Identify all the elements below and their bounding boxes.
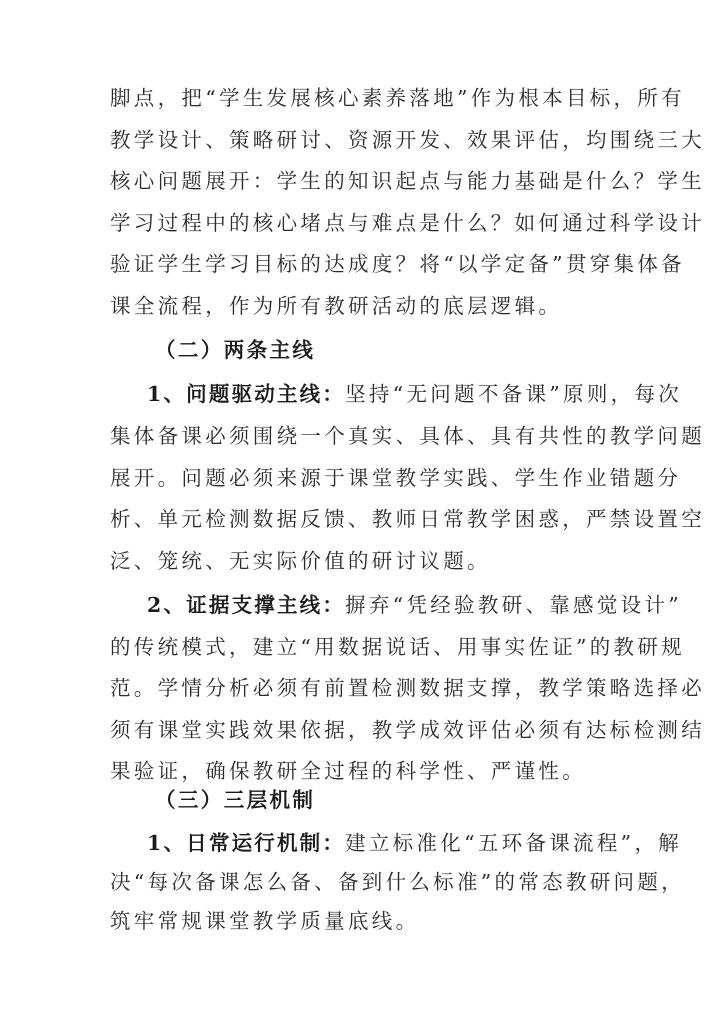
item-label: 1、日常运行机制： bbox=[147, 831, 345, 855]
paragraph-line: 泛、笼统、无实际价值的研讨议题。 bbox=[110, 546, 491, 576]
section-heading-three-mechanisms: （三）三层机制 bbox=[155, 785, 315, 815]
paragraph-line: 验证学生学习目标的达成度？将“以学定备”贯穿集体备 bbox=[110, 249, 685, 279]
paragraph-line: 课全流程，作为所有教研活动的底层逻辑。 bbox=[110, 291, 562, 321]
paragraph-line: 筑牢常规课堂教学质量底线。 bbox=[110, 906, 419, 936]
item-text: 建立标准化“五环备课流程”，解 bbox=[345, 831, 682, 855]
paragraph-line: 须有课堂实践效果依据，教学成效评估必须有达标检测结 bbox=[110, 715, 705, 745]
paragraph-line: 的传统模式，建立“用数据说话、用事实佐证”的教研规 bbox=[110, 632, 685, 662]
paragraph-line: 果验证，确保教研全过程的科学性、严谨性。 bbox=[110, 756, 586, 786]
section-heading-two-mainlines: （二）两条主线 bbox=[155, 335, 315, 365]
paragraph-line: 决“每次备课怎么备、备到什么标准”的常态教研问题， bbox=[110, 867, 685, 897]
paragraph-line: 集体备课必须围绕一个真实、具体、具有共性的教学问题 bbox=[110, 421, 705, 451]
paragraph-line: 核心问题展开：学生的知识起点与能力基础是什么？学生 bbox=[110, 166, 705, 196]
paragraph-line: 析、单元检测数据反馈、教师日常教学困惑，严禁设置空 bbox=[110, 504, 705, 534]
item-text: 摒弃“凭经验教研、靠感觉设计” bbox=[345, 593, 682, 617]
paragraph-line: 学习过程中的核心堵点与难点是什么？如何通过科学设计 bbox=[110, 208, 705, 238]
item-text: 坚持“无问题不备课”原则，每次 bbox=[345, 382, 682, 406]
item-problem-driven: 1、问题驱动主线：坚持“无问题不备课”原则，每次 bbox=[147, 379, 682, 409]
item-evidence-support: 2、证据支撑主线：摒弃“凭经验教研、靠感觉设计” bbox=[147, 590, 682, 620]
item-label: 2、证据支撑主线： bbox=[147, 593, 345, 617]
item-daily-operation: 1、日常运行机制：建立标准化“五环备课流程”，解 bbox=[147, 828, 682, 858]
paragraph-line: 范。学情分析必须有前置检测数据支撑，教学策略选择必 bbox=[110, 673, 705, 703]
paragraph-line: 教学设计、策略研讨、资源开发、效果评估，均围绕三大 bbox=[110, 125, 705, 155]
paragraph-line: 脚点，把“学生发展核心素养落地”作为根本目标，所有 bbox=[110, 83, 685, 113]
paragraph-line: 展开。问题必须来源于课堂教学实践、学生作业错题分 bbox=[110, 463, 681, 493]
item-label: 1、问题驱动主线： bbox=[147, 382, 345, 406]
